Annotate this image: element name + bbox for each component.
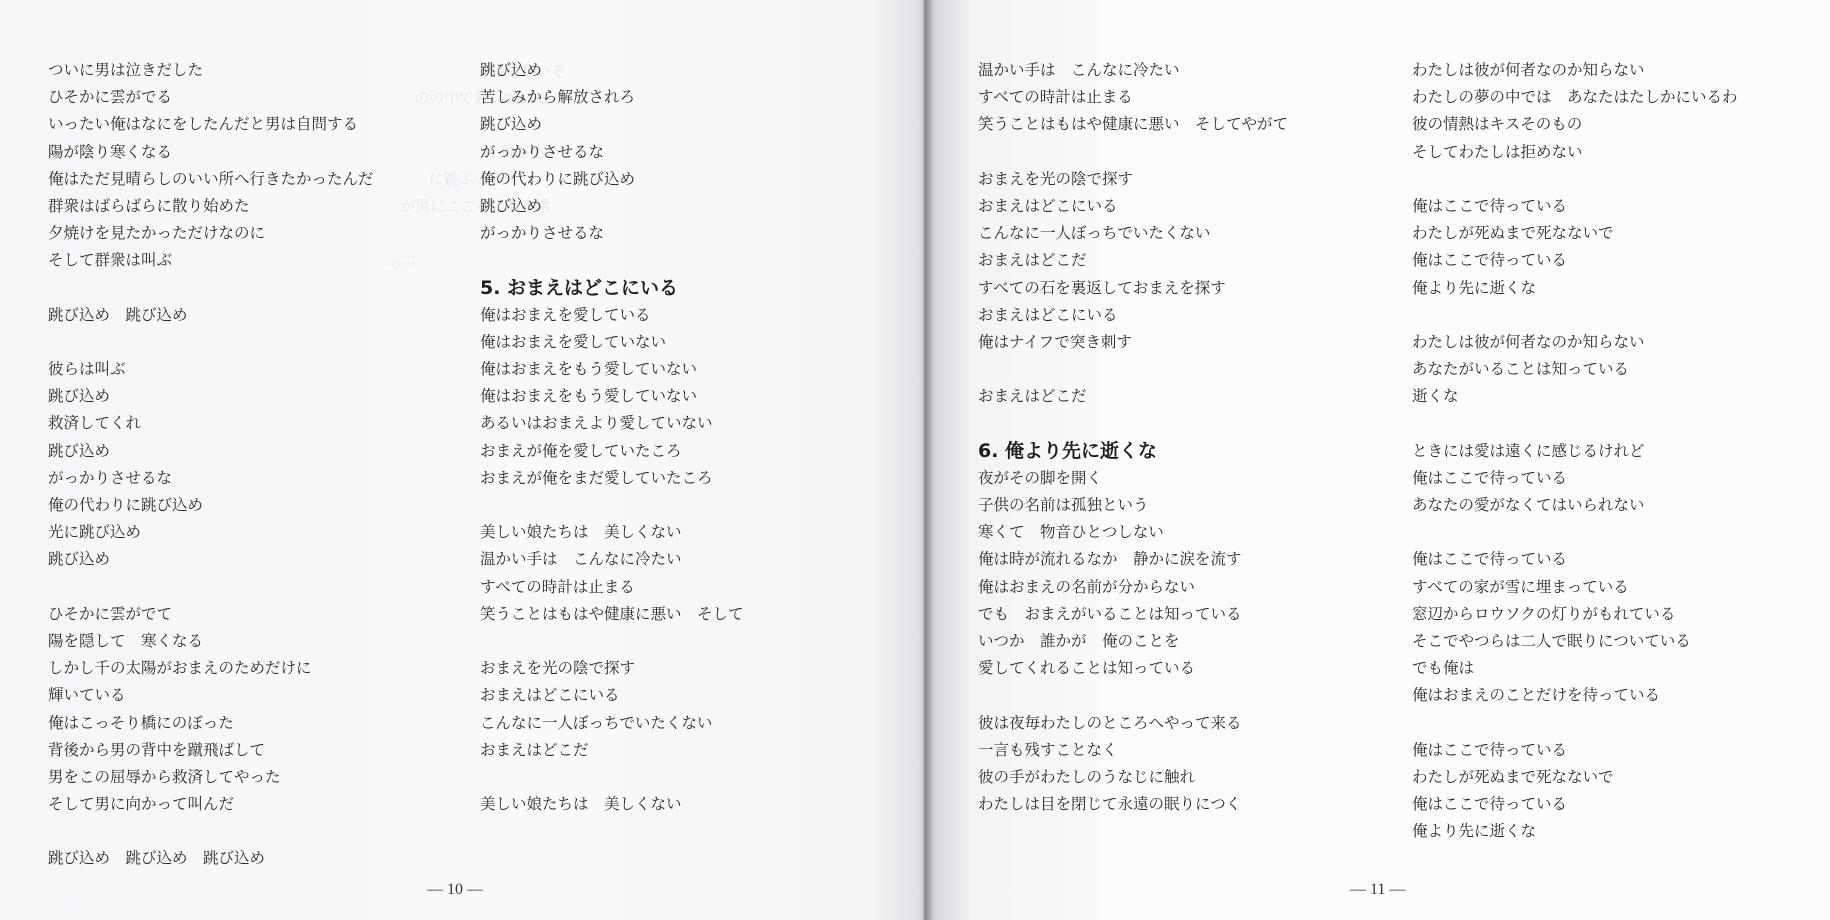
lyric-line: 俺はナイフで突き刺す (978, 329, 1288, 356)
lyric-line: がっかりさせるな (48, 465, 374, 492)
lyric-line: 愛してくれることは知っている (978, 655, 1288, 682)
lyric-line: 俺はここで待っている (1412, 193, 1738, 220)
lyric-line: 俺はおまえを愛している (480, 302, 744, 329)
lyric-line: 輝いている (48, 682, 374, 709)
lyric-line: 逝くな (1412, 383, 1738, 410)
lyric-line: すべての時計は止まる (480, 574, 744, 601)
lyric-line: ひそかに雲がでる (48, 84, 374, 111)
song-title: 6. 俺より先に逝くな (978, 410, 1288, 464)
lyric-line: おまえを光の陰で探す (978, 166, 1288, 193)
lyric-line: そして群衆は叫ぶ (48, 247, 374, 274)
lyric-line: 跳び込め 跳び込め 跳び込め (48, 845, 374, 872)
lyric-line: 跳び込め (48, 438, 374, 465)
lyric-line: 群衆はばらばらに散り始めた (48, 193, 374, 220)
lyric-line: 救済してくれ (48, 410, 374, 437)
left-column-1: ついに男は泣きだしたひそかに雲がでるいったい俺はなにをしたんだと男は自問する陽が… (48, 57, 374, 873)
stanza-break (480, 492, 744, 519)
lyric-line: 俺の代わりに跳び込め (48, 492, 374, 519)
lyric-line: 彼は夜毎わたしのところへやって来る (978, 710, 1288, 737)
lyric-line: 背後から男の背中を蹴飛ばして (48, 737, 374, 764)
lyric-line: 跳び込め (480, 111, 744, 138)
lyric-line: でも俺は (1412, 655, 1738, 682)
lyric-line: ときには愛は遠くに感じるけれど (1412, 438, 1738, 465)
lyric-line: いったい俺はなにをしたんだと男は自問する (48, 111, 374, 138)
right-column-1: 温かい手は こんなに冷たいすべての時計は止まる笑うことはもはや健康に悪い そして… (978, 57, 1288, 818)
lyric-line: 陽が陰り寒くなる (48, 139, 374, 166)
lyric-line: おまえはどこだ (480, 737, 744, 764)
lyric-line: 跳び込め (480, 57, 744, 84)
lyric-line: わたしは彼が何者なのか知らない (1412, 57, 1738, 84)
lyric-line: こんなに一人ぼっちでいたくない (480, 710, 744, 737)
page-number-right: — 11 — (1350, 881, 1405, 899)
lyric-line: 窓辺からロウソクの灯りがもれている (1412, 601, 1738, 628)
right-page: 温かい手は こんなに冷たいすべての時計は止まる笑うことはもはや健康に悪い そして… (926, 0, 1830, 920)
left-column-2: 跳び込め苦しみから解放されろ跳び込めがっかりさせるな俺の代わりに跳び込め跳び込め… (480, 57, 744, 818)
lyric-line: 俺はここで待っている (1412, 737, 1738, 764)
stanza-break (480, 628, 744, 655)
lyric-line: でも おまえがいることは知っている (978, 601, 1288, 628)
lyric-line: おまえはどこだ (978, 247, 1288, 274)
lyric-line: 温かい手は こんなに冷たい (480, 546, 744, 573)
lyric-line: しかし千の太陽がおまえのためだけに (48, 655, 374, 682)
lyric-line: 俺はここで待っている (1412, 791, 1738, 818)
lyric-line: 陽を隠して 寒くなる (48, 628, 374, 655)
lyric-line: 夕焼けを見たかっただけなのに (48, 220, 374, 247)
lyric-line: おまえはどこにいる (978, 302, 1288, 329)
lyric-line: あなたの愛がなくてはいられない (1412, 492, 1738, 519)
lyric-line: 俺はただ見晴らしのいい所へ行きたかったんだ (48, 166, 374, 193)
lyric-line: 美しい娘たちは 美しくない (480, 791, 744, 818)
lyric-line: 跳び込め 跳び込め (48, 302, 374, 329)
lyric-line: 一言も残すことなく (978, 737, 1288, 764)
lyric-line: おまえが俺をまだ愛していたころ (480, 465, 744, 492)
stanza-break (1412, 519, 1738, 546)
lyric-line: 夜がその脚を開く (978, 465, 1288, 492)
lyric-line: ひそかに雲がでて (48, 601, 374, 628)
lyric-line: ついに男は泣きだした (48, 57, 374, 84)
lyric-line: 男をこの屈辱から救済してやった (48, 764, 374, 791)
song-title: 5. おまえはどこにいる (480, 247, 744, 301)
lyric-line: 光に跳び込め (48, 519, 374, 546)
lyric-line: 彼の情熱はキスそのもの (1412, 111, 1738, 138)
lyric-line: おまえはどこだ (978, 383, 1288, 410)
lyric-line: 俺はおまえをもう愛していない (480, 356, 744, 383)
lyric-line: おまえはどこにいる (480, 682, 744, 709)
lyric-line: こんなに一人ぼっちでいたくない (978, 220, 1288, 247)
lyric-line: 笑うことはもはや健康に悪い そして (480, 601, 744, 628)
stanza-break (48, 818, 374, 845)
lyric-line: 美しい娘たちは 美しくない (480, 519, 744, 546)
lyric-line: 苦しみから解放されろ (480, 84, 744, 111)
stanza-break (978, 356, 1288, 383)
lyric-line: 寒くて 物音ひとつしない (978, 519, 1288, 546)
lyric-line: 俺はここで待っている (1412, 546, 1738, 573)
lyric-line: いつか 誰かが 俺のことを (978, 628, 1288, 655)
lyric-line: すべての石を裏返しておまえを探す (978, 275, 1288, 302)
lyric-line: 跳び込め (480, 193, 744, 220)
stanza-break (978, 139, 1288, 166)
lyric-line: そしてわたしは拒めない (1412, 139, 1738, 166)
lyric-line: わたしは彼が何者なのか知らない (1412, 329, 1738, 356)
stanza-break (480, 764, 744, 791)
lyric-line: おまえはどこにいる (978, 193, 1288, 220)
lyric-line: 俺は時が流れるなか 静かに涙を流す (978, 546, 1288, 573)
lyric-line: あなたがいることは知っている (1412, 356, 1738, 383)
lyric-line: 俺より先に逝くな (1412, 275, 1738, 302)
stanza-break (1412, 166, 1738, 193)
lyric-line: 俺はここで待っている (1412, 465, 1738, 492)
lyric-line: 俺の代わりに跳び込め (480, 166, 744, 193)
stanza-break (1412, 710, 1738, 737)
lyric-line: おまえを光の陰で探す (480, 655, 744, 682)
lyric-line: 跳び込め (48, 383, 374, 410)
lyric-line: すべての時計は止まる (978, 84, 1288, 111)
lyric-line: 俺はおまえの名前が分からない (978, 574, 1288, 601)
lyric-line: 温かい手は こんなに冷たい (978, 57, 1288, 84)
stanza-break (48, 275, 374, 302)
lyric-line: おまえが俺を愛していたころ (480, 438, 744, 465)
left-page: は危ないぞ のの中で鈍いでいる 4. 跳び込め に跳ぶこう が男にこころにある橋… (0, 0, 926, 920)
right-column-2: わたしは彼が何者なのか知らないわたしの夢の中では あなたはたしかにいるわ彼の情熱… (1412, 57, 1738, 845)
lyric-line: わたしが死ぬまで死なないで (1412, 764, 1738, 791)
lyric-line: わたしは目を閉じて永遠の眠りにつく (978, 791, 1288, 818)
lyric-line: がっかりさせるな (480, 220, 744, 247)
lyric-line: わたしが死ぬまで死なないで (1412, 220, 1738, 247)
lyric-line: 彼らは叫ぶ (48, 356, 374, 383)
lyric-line: わたしの夢の中では あなたはたしかにいるわ (1412, 84, 1738, 111)
lyric-line: がっかりさせるな (480, 139, 744, 166)
lyric-line: そして男に向かって叫んだ (48, 791, 374, 818)
lyric-line: 俺はおまえをもう愛していない (480, 383, 744, 410)
lyric-line: 俺より先に逝くな (1412, 818, 1738, 845)
stanza-break (48, 329, 374, 356)
stanza-break (48, 574, 374, 601)
lyric-line: 俺はおまえを愛していない (480, 329, 744, 356)
stanza-break (1412, 410, 1738, 437)
lyric-line: すべての家が雪に埋まっている (1412, 574, 1738, 601)
lyric-line: 子供の名前は孤独という (978, 492, 1288, 519)
lyric-line: 彼の手がわたしのうなじに触れ (978, 764, 1288, 791)
lyric-line: 笑うことはもはや健康に悪い そしてやがて (978, 111, 1288, 138)
lyric-line: 俺はここで待っている (1412, 247, 1738, 274)
stanza-break (978, 682, 1288, 709)
lyric-line: 跳び込め (48, 546, 374, 573)
lyric-line: 俺はこっそり橋にのぼった (48, 710, 374, 737)
lyric-line: そこでやつらは二人で眠りについている (1412, 628, 1738, 655)
lyric-line: 俺はおまえのことだけを待っている (1412, 682, 1738, 709)
lyric-line: あるいはおまえより愛していない (480, 410, 744, 437)
page-number-left: — 10 — (427, 881, 483, 899)
stanza-break (1412, 302, 1738, 329)
